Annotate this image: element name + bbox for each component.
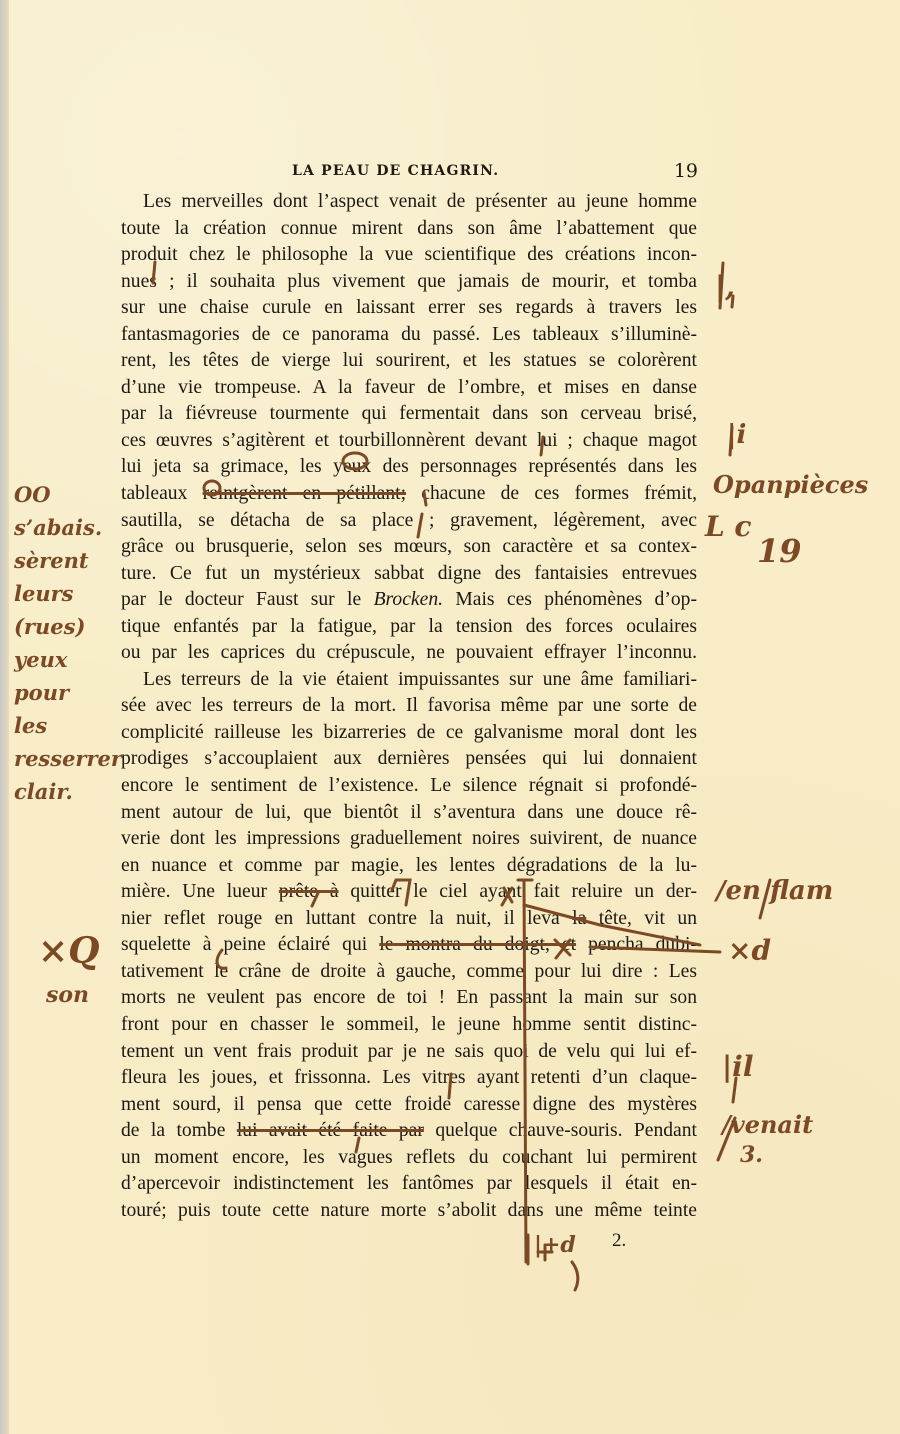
text-segment: tête, vit un [586,908,697,929]
book-page: LA PEAU DE CHAGRIN. 19 Les merveilles do… [0,0,900,1434]
text-segment: de la tombe [121,1120,237,1141]
text-line: d’apercevoir indistinctement les fantôme… [121,1171,697,1198]
text-segment: par le docteur Faust sur le [121,589,374,610]
left-margin-notes: OO s’abais. sèrent leurs (rues) yeux pou… [14,478,122,808]
text-segment: mière. Une lueur [121,881,279,902]
left-note: yeux [14,643,122,676]
text-segment: Mais ces phénomènes d’op- [443,589,697,610]
page-header: LA PEAU DE CHAGRIN. 19 [292,160,700,182]
struck-text: reintgèrent en pétillant; [203,483,406,504]
margin-note-i: |i [727,420,746,450]
struck-text: le montra du doigt, et [379,934,576,955]
page-edge [0,0,9,1434]
text-line: de la tombe lui avait été faite par quel… [121,1118,697,1145]
margin-note-opanpieces: Opanpièces [713,470,868,499]
body-text: Les merveilles dont l’aspect venait de p… [121,189,697,1224]
text-line: par la fiévreuse tourmente qui fermentai… [121,401,697,428]
text-line: prodiges s’accouplaient aux dernières pe… [121,746,697,773]
margin-note-19: 19 [757,532,802,570]
margin-note-3: 3. [740,1142,763,1168]
text-line: nues ; il souhaita plus vivement que jam… [121,269,697,296]
left-note: pour [14,676,122,709]
text-line: grâce ou brusquerie, selon ses mœurs, so… [121,534,697,561]
margin-note-lc: L c [705,510,751,543]
left-note-xq: ×Q [38,930,100,972]
margin-note-comma: |, [715,270,735,303]
text-segment: quelque chauve-souris. Pendant [424,1120,697,1141]
running-title: LA PEAU DE CHAGRIN. [292,163,499,179]
text-line: tativement le crâne de droite à gauche, … [121,959,697,986]
text-line: nier reflet rouge en luttant contre la n… [121,906,697,933]
text-line: par le docteur Faust sur le Brocken. Mai… [121,587,697,614]
margin-note-xd: ×d [728,934,771,967]
text-line: lui jeta sa grimace, les yeux des person… [121,454,697,481]
text-line: squelette à peine éclairé qui le montra … [121,932,697,959]
text-line: ment autour de lui, que bientôt il s’ave… [121,800,697,827]
left-note: sèrent [14,544,122,577]
left-note: (rues) [14,610,122,643]
text-line: ment sourd, il pensa que cette froide ca… [121,1092,697,1119]
text-line: d’une vie trompeuse. A la faveur de l’om… [121,375,697,402]
left-note: s’abais. [14,511,122,544]
text-segment: squelette à peine éclairé qui [121,934,379,955]
text-line: verie dont les impressions graduellement… [121,826,697,853]
italic-text: Brocken. [374,589,443,610]
text-line: Les merveilles dont l’aspect venait de p… [121,189,697,216]
text-segment: tableaux [121,483,203,504]
text-line: front pour en chasser le sommeil, le jeu… [121,1012,697,1039]
text-segment: pencha dubi- [576,934,697,955]
text-segment: quitter le ciel ayant fait reluire un de… [339,881,697,902]
text-line: tement un vent frais produit par je ne s… [121,1039,697,1066]
margin-note-il: |il [722,1050,753,1083]
text-line: rent, les têtes de vierge lui sourirent,… [121,348,697,375]
margin-note-venait: /venait [722,1110,813,1139]
text-line: touré; puis toute cette nature morte s’a… [121,1198,697,1225]
signature-mark: 2. [612,1230,626,1252]
text-line: sur une chaise curule en laissant errer … [121,295,697,322]
left-note: clair. [14,775,122,808]
text-line: fantasmagories de ce panorama du passé. … [121,322,697,349]
text-line: un moment encore, les vagues reflets du … [121,1145,697,1172]
left-note: OO [14,478,122,511]
bottom-note-plus-d: |+d [534,1232,576,1258]
text-line: ou par les caprices du crépuscule, ne po… [121,640,697,667]
struck-text: prête à [279,881,339,902]
text-line: tableaux reintgèrent en pétillant; chacu… [121,481,697,508]
text-segment: nier reflet rouge en luttant contre la n… [121,908,572,929]
text-line: produit chez le philosophe la vue scient… [121,242,697,269]
left-note: resserrer [14,742,122,775]
text-line: mière. Une lueur prête à quitter le ciel… [121,879,697,906]
text-line: sautilla, se détacha de sa place ; grave… [121,508,697,535]
text-line: Les terreurs de la vie étaient impuissan… [121,667,697,694]
struck-text: lui avait été faite par [237,1120,424,1141]
struck-text: la [572,908,586,929]
text-line: morts ne veulent pas encore de toi ! En … [121,985,697,1012]
left-note-son: son [46,982,89,1008]
text-line: sée avec les terreurs de la mort. Il fav… [121,693,697,720]
text-line: toute la création connue mirent dans son… [121,216,697,243]
text-segment: chacune de ces formes frémit, [406,483,697,504]
left-note: leurs [14,577,122,610]
text-line: encore le sentiment de l’existence. Le s… [121,773,697,800]
text-line: en nuance et comme par magie, les lentes… [121,853,697,880]
text-line: ture. Ce fut un mystérieux sabbat digne … [121,561,697,588]
text-line: fleura les joues, et frissonna. Les vitr… [121,1065,697,1092]
page-number: 19 [674,160,698,182]
text-line: ces œuvres s’agitèrent et tourbillonnère… [121,428,697,455]
left-note: les [14,709,122,742]
text-line: tique enfantés par la fatigue, par la te… [121,614,697,641]
text-line: complicité railleuse les bizarreries de … [121,720,697,747]
margin-note-en-flam: /en flam [716,876,833,906]
